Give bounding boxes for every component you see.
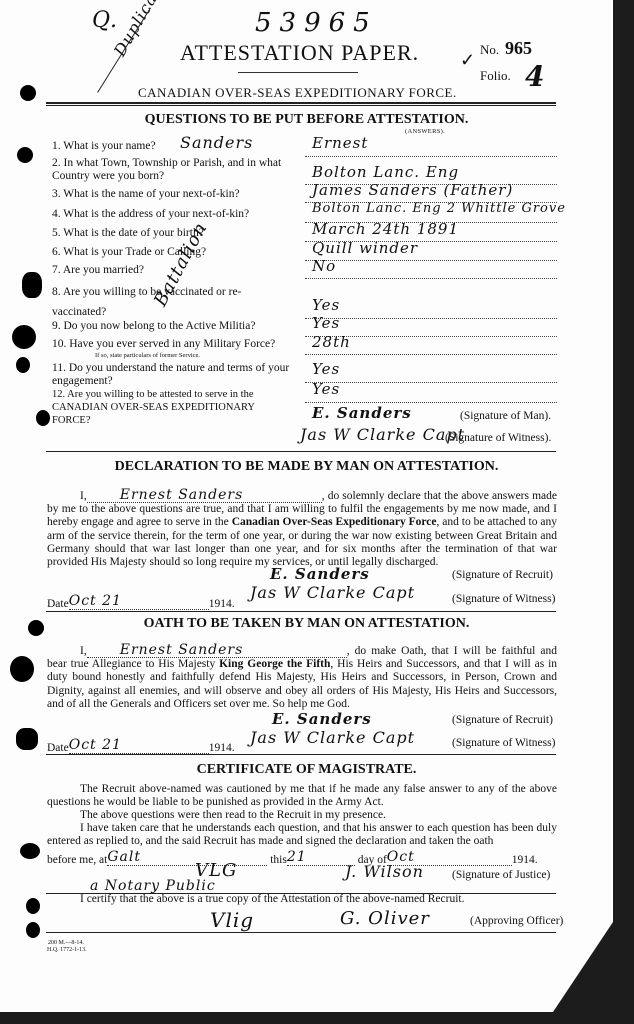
declaration-text: I,Ernest Sanders, do solemnly declare th… (47, 489, 557, 569)
print-code-1: 200 M.—8-14. (48, 940, 84, 946)
folded-corner (553, 922, 613, 1012)
number-label: No. (480, 42, 499, 58)
punch-hole (12, 325, 36, 349)
answer-1: Ernest (312, 134, 368, 152)
answer-4: Bolton Lanc. Eng 2 Whittle Grove (312, 201, 566, 216)
duplicate-annotation: Duplicate (110, 0, 170, 60)
punch-hole (26, 922, 40, 938)
declaration-date: DateOct 211914. (47, 593, 235, 610)
page-subtitle: CANADIAN OVER-SEAS EXPEDITIONARY FORCE. (138, 85, 457, 101)
question-5: 5. What is the date of your birth? (52, 227, 292, 240)
number-value: 965 (505, 38, 532, 59)
folio-value: 4 (525, 60, 545, 93)
check-mark-icon: ✓ (460, 50, 475, 71)
answer-line-7 (305, 264, 557, 279)
answer-3: James Sanders (Father) (312, 181, 513, 199)
declaration-heading: DECLARATION TO BE MADE BY MAN ON ATTESTA… (0, 459, 613, 475)
oath-date: DateOct 211914. (47, 737, 235, 754)
oath-witness-signature: Jas W Clarke Capt (250, 728, 415, 747)
answer-5: March 24th 1891 (312, 220, 459, 238)
signature-of-witness-label: (Signature of Witness). (445, 432, 551, 444)
question-4: 4. What is the address of your next-of-k… (52, 208, 292, 221)
punch-hole (36, 410, 50, 426)
certificate-para-2: The above questions were then read to th… (47, 809, 557, 822)
oath-text: I,Ernest Sanders, do make Oath, that I w… (47, 644, 557, 711)
punch-hole (22, 272, 42, 298)
signature-of-man-label: (Signature of Man). (460, 410, 551, 422)
attestation-paper: Q. Duplicate 53965 ATTESTATION PAPER. ✓ … (0, 0, 613, 1012)
header-divider (46, 102, 556, 106)
regimental-number: 53965 (255, 8, 378, 38)
witness-signature: Jas W Clarke Capt (300, 425, 465, 444)
oath-heading: OATH TO BE TAKEN BY MAN ON ATTESTATION. (0, 616, 613, 632)
question-3: 3. What is the name of your next-of-kin? (52, 188, 292, 201)
answer-11: Yes (312, 360, 340, 378)
declarant-name: Ernest Sanders (87, 489, 322, 503)
punch-hole (16, 728, 38, 750)
officer-initials: Vlig (210, 908, 254, 932)
declaration-recruit-signature: E. Sanders (270, 565, 370, 583)
folio-label: Folio. (480, 68, 511, 84)
section-divider (46, 611, 556, 612)
punch-hole (20, 85, 36, 101)
question-1: 1. What is your name? (52, 140, 292, 153)
true-copy-statement: I certify that the above is a true copy … (47, 893, 557, 906)
certificate-place: Galt (107, 849, 267, 866)
question-2: 2. In what Town, Township or Parish, and… (52, 157, 292, 183)
answer-10: 28th (312, 333, 351, 351)
answer-line-11 (305, 368, 557, 383)
approving-officer-signature: G. Oliver (340, 908, 430, 929)
punch-hole (20, 843, 40, 859)
oath-witness-label: (Signature of Witness) (452, 737, 555, 749)
punch-hole (16, 357, 30, 373)
answer-9: Yes (312, 314, 340, 332)
justice-title: a Notary Public (90, 878, 216, 894)
answers-label: (ANSWERS). (405, 128, 445, 135)
justice-signature: J. Wilson (345, 862, 424, 881)
answer-line-12 (305, 388, 557, 403)
section-divider (46, 451, 556, 452)
answer-8: Yes (312, 296, 340, 314)
question-11: 11. Do you understand the nature and ter… (52, 362, 292, 388)
question-10-note: If so, state particulars of former Servi… (95, 352, 200, 359)
declaration-witness-signature: Jas W Clarke Capt (250, 583, 415, 602)
page-title: ATTESTATION PAPER. (180, 40, 419, 66)
oath-name: Ernest Sanders (87, 644, 347, 658)
answer-line-8 (305, 304, 557, 319)
title-underline (238, 72, 358, 73)
answer-7: No (312, 257, 336, 275)
punch-hole (10, 656, 34, 682)
question-10: 10. Have you ever served in any Military… (52, 338, 292, 351)
answer-2: Bolton Lanc. Eng (312, 163, 459, 181)
oath-recruit-label: (Signature of Recruit) (452, 714, 553, 726)
certificate-para-3: I have taken care that he understands ea… (47, 822, 557, 848)
signature-of-man: E. Sanders (312, 404, 412, 422)
print-code-2: H.Q. 1772-1-13. (47, 947, 87, 953)
punch-hole (17, 147, 33, 163)
declaration-witness-label: (Signature of Witness) (452, 593, 555, 605)
question-12: 12. Are you willing to be attested to se… (52, 388, 292, 427)
question-9: 9. Do you now belong to the Active Milit… (52, 320, 292, 333)
oath-date-value: Oct 21 (69, 737, 209, 754)
declaration-recruit-label: (Signature of Recruit) (452, 569, 553, 581)
certificate-para-1: The Recruit above-named was cautioned by… (47, 783, 557, 809)
section-divider (46, 754, 556, 755)
declaration-date-value: Oct 21 (69, 593, 209, 610)
footer-divider (46, 932, 556, 933)
answer-6: Quill winder (312, 239, 418, 257)
punch-hole (26, 898, 40, 914)
answer-12: Yes (312, 380, 340, 398)
certificate-place-date: before me, atGalt this21 day ofOct1914. (47, 849, 557, 866)
oath-recruit-signature: E. Sanders (272, 710, 372, 728)
justice-signature-label: (Signature of Justice) (452, 869, 550, 881)
answer-1-surname: Sanders (180, 133, 253, 152)
certificate-heading: CERTIFICATE OF MAGISTRATE. (0, 762, 613, 778)
questions-heading: QUESTIONS TO BE PUT BEFORE ATTESTATION. (0, 112, 613, 128)
approving-officer-label: (Approving Officer) (470, 915, 563, 927)
marginal-mark-q: Q. (92, 8, 118, 33)
